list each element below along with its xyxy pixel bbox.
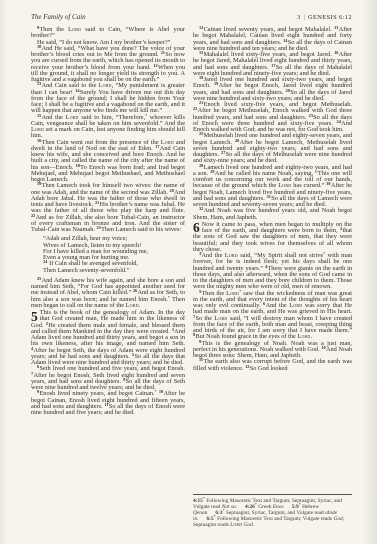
- divine-name-small-caps: Lord: [289, 302, 302, 309]
- verse-number: 31: [267, 194, 271, 199]
- footnote-marker: *: [299, 502, 301, 507]
- footnote-marker: *: [239, 289, 241, 294]
- verse-number: 13: [334, 25, 338, 30]
- verse-number: 15: [37, 113, 41, 118]
- verse-paragraph: 15Mahalalel lived sixty-five years, and …: [193, 52, 352, 77]
- verse-number: 21: [199, 100, 203, 105]
- verse-number: 22: [193, 106, 197, 111]
- divine-name-small-caps: Lord: [66, 114, 79, 121]
- footnotes-section: 4:15* Following Masoretic Text and Targu…: [193, 494, 352, 528]
- verse-number: 30: [326, 181, 330, 186]
- verse-paragraph: 16Then Cain went out from the presence o…: [31, 140, 185, 184]
- verse-number: 18: [199, 75, 203, 80]
- verse-paragraph: 12Cainan lived seventy years, and begot …: [193, 27, 352, 52]
- verse-paragraph: 19Then Lamech took for himself two wives…: [31, 183, 185, 233]
- verse-number: 20: [286, 88, 290, 93]
- chapter-number: 5: [31, 311, 38, 323]
- divine-name-small-caps: Lord: [99, 82, 112, 89]
- verse-number: 9: [37, 389, 39, 394]
- footnote-marker: *: [323, 251, 325, 256]
- chapter-number: 6: [193, 222, 200, 234]
- verse-paragraph: 9Then the Lord said to Cain, “Where is A…: [31, 27, 185, 40]
- verse-number: 32: [199, 206, 203, 211]
- verse-number: 17: [155, 144, 159, 149]
- footnote-marker: *: [214, 514, 216, 519]
- verse-number: 19: [214, 81, 218, 86]
- verse-number: 6: [263, 301, 265, 306]
- verse-number: 25: [199, 131, 203, 136]
- verse-number: 11: [161, 50, 165, 55]
- footnote-marker: *: [223, 508, 225, 513]
- verse-number: 10: [321, 345, 325, 350]
- verse-number: 20: [170, 188, 174, 193]
- verse-number: 29: [210, 169, 214, 174]
- divine-name-small-caps: Lord: [214, 315, 227, 322]
- footnote-reference: 6:3: [215, 510, 222, 516]
- verse-number: 22: [31, 213, 35, 218]
- poetry-line: Then Lamech seventy-sevenfold.”: [43, 268, 185, 274]
- footnote-marker: *: [155, 389, 157, 394]
- divine-name-small-caps: Lord: [230, 522, 242, 528]
- divine-name-small-caps: Lord: [278, 182, 291, 189]
- verse-number: 26: [133, 288, 137, 293]
- verse-number: 16: [37, 138, 41, 143]
- verse-number: 3: [199, 251, 201, 256]
- text-column-left: 9Then the Lord said to Cain, “Where is A…: [31, 27, 185, 528]
- verse-paragraph: 21Enoch lived sixty-five years, and bego…: [193, 102, 352, 133]
- bible-page: The Family of Cain 3|GENESIS 6:12 9Then …: [0, 0, 377, 544]
- divine-name-small-caps: Lord: [225, 252, 238, 259]
- verse-number: 6: [37, 364, 39, 369]
- verse-paragraph: 6Seth lived one hundred and five years, …: [31, 366, 185, 391]
- chapter-paragraph: 6Now it came to pass, when men began to …: [193, 222, 352, 253]
- verse-number: 23: [309, 113, 313, 118]
- divine-name-small-caps: Lord: [31, 126, 44, 133]
- header-divider: |: [303, 14, 304, 21]
- two-column-text-area: 9Then the Lord said to Cain, “Where is A…: [31, 27, 352, 528]
- verse-paragraph: 10And He said, “What have you done? The …: [31, 46, 185, 84]
- verse-number: 14: [75, 88, 79, 93]
- verse-number: 10: [159, 389, 163, 394]
- divine-name-small-caps: Lord: [226, 290, 239, 297]
- verse-paragraph: 18Jared lived one hundred and sixty-two …: [193, 77, 352, 102]
- verse-number: 11: [199, 357, 203, 362]
- verse-paragraph: 13And Cain said to the Lord, “My punishm…: [31, 83, 185, 114]
- page-number: 3: [297, 14, 300, 21]
- verse-number: 24: [43, 259, 47, 264]
- verse-number: 27: [221, 150, 225, 155]
- verse-number: 7: [193, 314, 195, 319]
- verse-number: 12: [245, 364, 249, 369]
- running-head-reference: 3|GENESIS 6:12: [297, 14, 352, 21]
- footnote-reference: 6:5: [207, 516, 214, 522]
- verse-paragraph: 9This is the genealogy of Noah. Noah was…: [193, 341, 352, 360]
- footnote-marker: *: [145, 113, 147, 118]
- poetry-block: “Adah and Zillah, hear my voice;Wives of…: [43, 236, 185, 274]
- verse-paragraph: 25And Adam knew his wife again, and she …: [31, 278, 185, 309]
- verse-number: 9: [199, 339, 201, 344]
- running-head-title: The Family of Cain: [31, 13, 86, 21]
- verse-number: 26: [235, 138, 239, 143]
- footnote-entry: 6:5* Following Masoretic Text and Targum…: [193, 516, 345, 528]
- verse-number: 12: [199, 25, 203, 30]
- verse-number: 21: [95, 200, 99, 205]
- verse-number: 13: [37, 81, 41, 86]
- running-head: The Family of Cain 3|GENESIS 6:12: [31, 13, 352, 22]
- verse-paragraph: 11The earth also was corrupt before God,…: [193, 359, 352, 372]
- footnote-marker: *: [255, 502, 257, 507]
- verse-number: 8: [123, 377, 125, 382]
- verse-number: 4: [31, 346, 33, 351]
- verse-number: 10: [37, 44, 41, 49]
- verse-paragraph: 3And the Lord said, “My Spirit shall not…: [193, 253, 352, 291]
- verse-number: 16: [334, 50, 338, 55]
- verse-number: 11: [104, 402, 108, 407]
- verse-number: 28: [199, 163, 203, 168]
- divine-name-small-caps: Lord: [126, 302, 139, 309]
- divine-name-small-caps: Lord: [161, 139, 174, 146]
- footnote-entry: 4:26* Greek Enos: [245, 504, 284, 510]
- verse-number: 25: [37, 276, 41, 281]
- verse-paragraph: 5Then the Lord* saw that the wickedness …: [193, 291, 352, 341]
- verse-number: 19: [37, 181, 41, 186]
- chapter-paragraph: 5This is the book of the genealogy of Ad…: [31, 310, 185, 366]
- verse-paragraph: 25Methuselah lived one hundred and eight…: [193, 133, 352, 164]
- verse-paragraph: 28Lamech lived one hundred and eighty-tw…: [193, 165, 352, 209]
- verse-number: 5: [199, 289, 201, 294]
- verse-number: 24: [337, 119, 341, 124]
- footnote-marker: *: [168, 295, 170, 300]
- verse-number: 8: [193, 332, 195, 337]
- footnote-marker: *: [203, 496, 205, 501]
- verse-paragraph: 15And the Lord said to him, “Therefore,*…: [31, 115, 185, 140]
- footnote-reference: 4:26: [245, 504, 255, 510]
- footnote-reference: 4:15: [193, 498, 203, 504]
- verse-paragraph: 9Enosh lived ninety years, and begot Cai…: [31, 391, 185, 416]
- verse-number: 9: [37, 25, 39, 30]
- verse-number: 3: [172, 327, 174, 332]
- footnote-reference: 5:9: [292, 504, 299, 510]
- verse-number: 18: [76, 163, 80, 168]
- verse-number: 5: [132, 352, 134, 357]
- verse-paragraph: 32And Noah was five hundred years old, a…: [193, 208, 352, 221]
- verse-number: 15: [199, 50, 203, 55]
- book-chapter-verse: GENESIS 6:12: [308, 14, 352, 21]
- verse-number: 17: [271, 63, 275, 68]
- verse-number: 4: [265, 264, 267, 269]
- verse-number: 2: [340, 226, 342, 231]
- verse-number: 14: [283, 38, 287, 43]
- verse-number: 12: [153, 63, 157, 68]
- verse-number: 23: [97, 225, 101, 230]
- verse-number: 7: [31, 371, 33, 376]
- verse-number: 2: [46, 321, 48, 326]
- text-column-right: 12Cainan lived seventy years, and begot …: [193, 27, 352, 528]
- divine-name-small-caps: Lord: [68, 26, 81, 33]
